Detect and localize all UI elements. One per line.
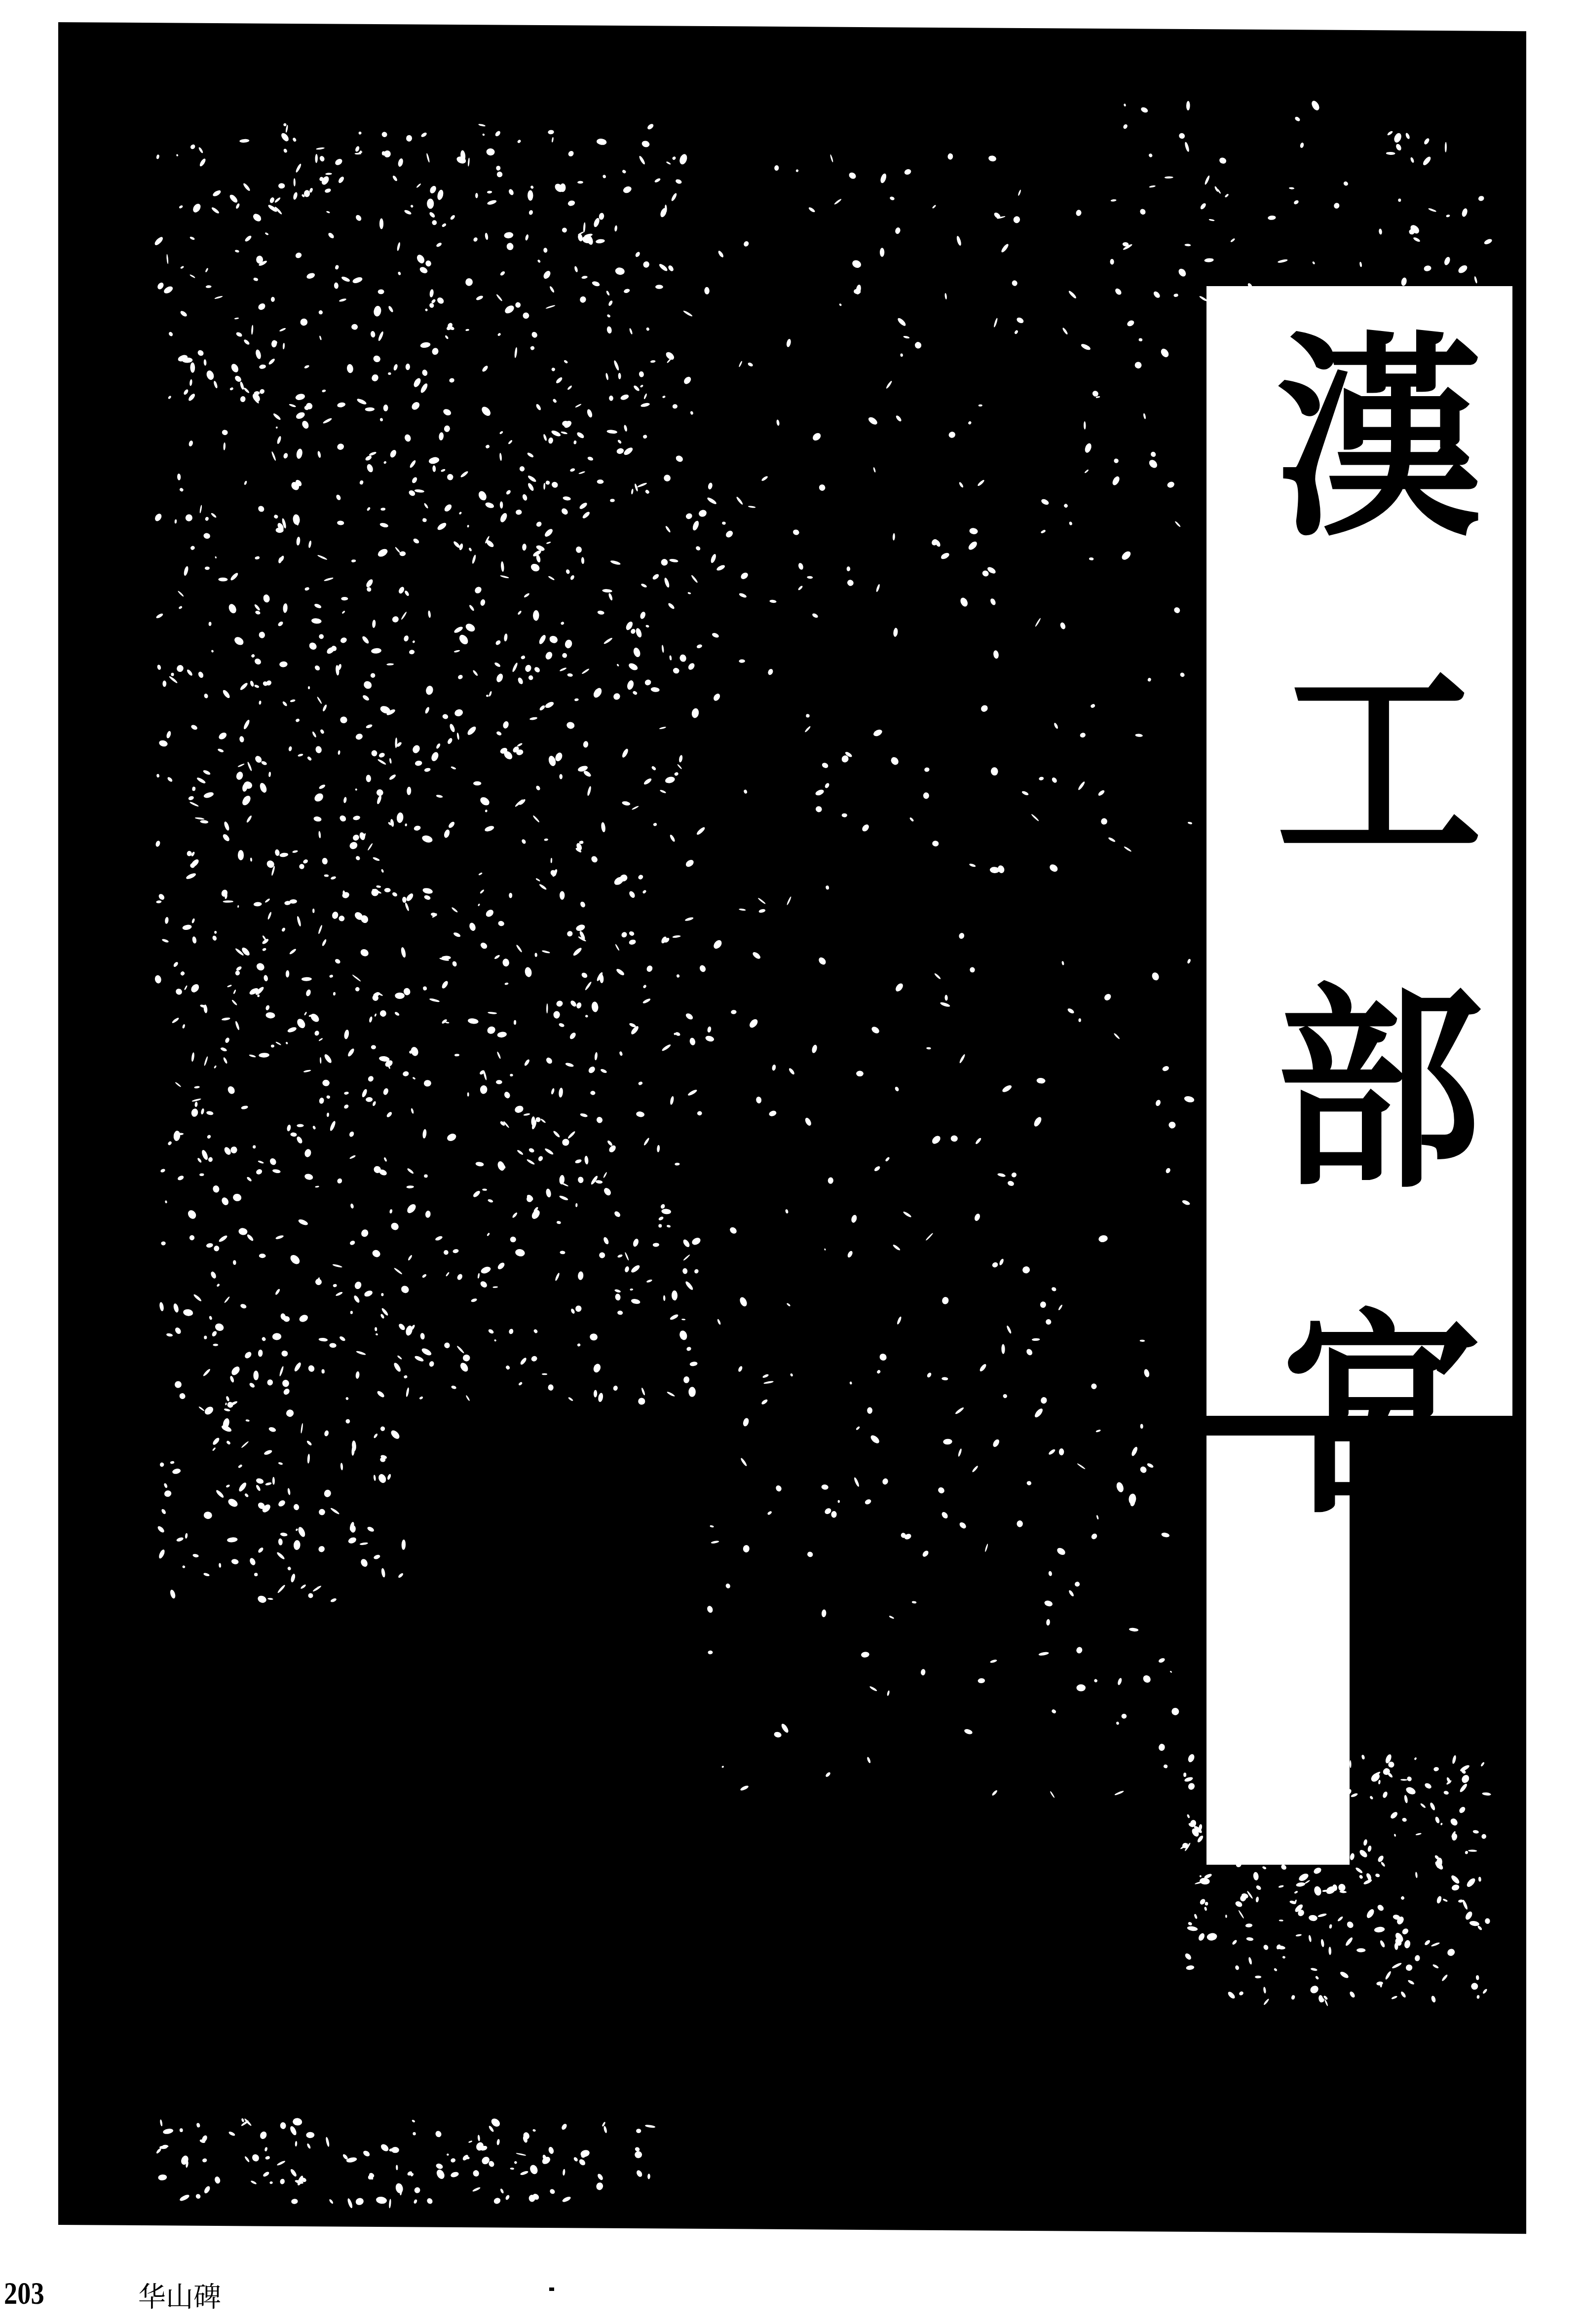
scan-speck bbox=[549, 2287, 554, 2291]
slip-char: 工 bbox=[1276, 602, 1482, 927]
title-slip-text: 漢 工 部 宮 bbox=[1263, 276, 1495, 1579]
slip-char: 部 bbox=[1276, 927, 1482, 1253]
slip-char: 漢 bbox=[1276, 276, 1482, 602]
plate-title: 华山碑 bbox=[138, 2275, 221, 2315]
plate-number: 203 bbox=[4, 2275, 44, 2312]
slip-char: 宮 bbox=[1276, 1253, 1482, 1579]
